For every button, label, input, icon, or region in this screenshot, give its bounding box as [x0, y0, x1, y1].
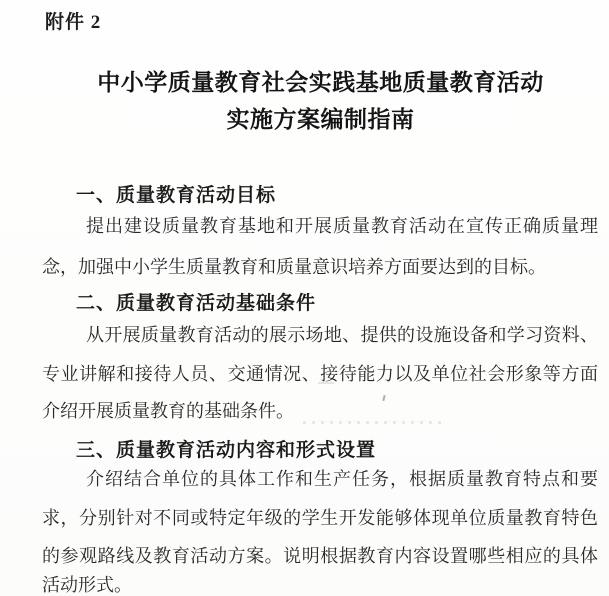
document-title: 中小学质量教育社会实践基地质量教育活动 实施方案编制指南 — [32, 64, 609, 134]
document-title-line-2: 实施方案编制指南 — [32, 101, 609, 134]
attachment-label: 附件 2 — [45, 7, 101, 34]
section-2-paragraph-line: 介绍开展质量教育的基础条件。 — [42, 400, 294, 423]
scan-noise-speck — [382, 395, 385, 401]
scan-noise-speck — [318, 382, 334, 384]
section-1-paragraph-line: 念，加强中小学生质量教育和质量意识培养方面要达到的目标。 — [42, 256, 546, 279]
section-3-paragraph-line: 的参观路线及教育活动方案。说明根据教育内容设置哪些相应的具体 — [42, 545, 598, 568]
section-1-heading: 一、质量教育活动目标 — [76, 180, 276, 207]
section-3-paragraph-line: 介绍结合单位的具体工作和生产任务，根据质量教育特点和要 — [86, 468, 598, 491]
scan-noise-speck — [303, 421, 441, 424]
section-3-paragraph-line: 活动形式。 — [42, 574, 132, 596]
document-title-line-1: 中小学质量教育社会实践基地质量教育活动 — [32, 64, 609, 97]
section-3-heading: 三、质量教育活动内容和形式设置 — [76, 435, 376, 462]
section-2-heading: 二、质量教育活动基础条件 — [76, 288, 316, 315]
section-2-paragraph-line: 从开展质量教育活动的展示场地、提供的设施设备和学习资料、 — [86, 324, 598, 347]
section-3-paragraph-line: 求，分别针对不同或特定年级的学生开发能够体现单位质量教育特色 — [42, 507, 598, 530]
section-1-paragraph-line: 提出建设质量教育基地和开展质量教育活动在宣传正确质量理 — [86, 215, 598, 238]
scanned-document-page: 附件 2 中小学质量教育社会实践基地质量教育活动 实施方案编制指南 一、质量教育… — [0, 0, 609, 596]
